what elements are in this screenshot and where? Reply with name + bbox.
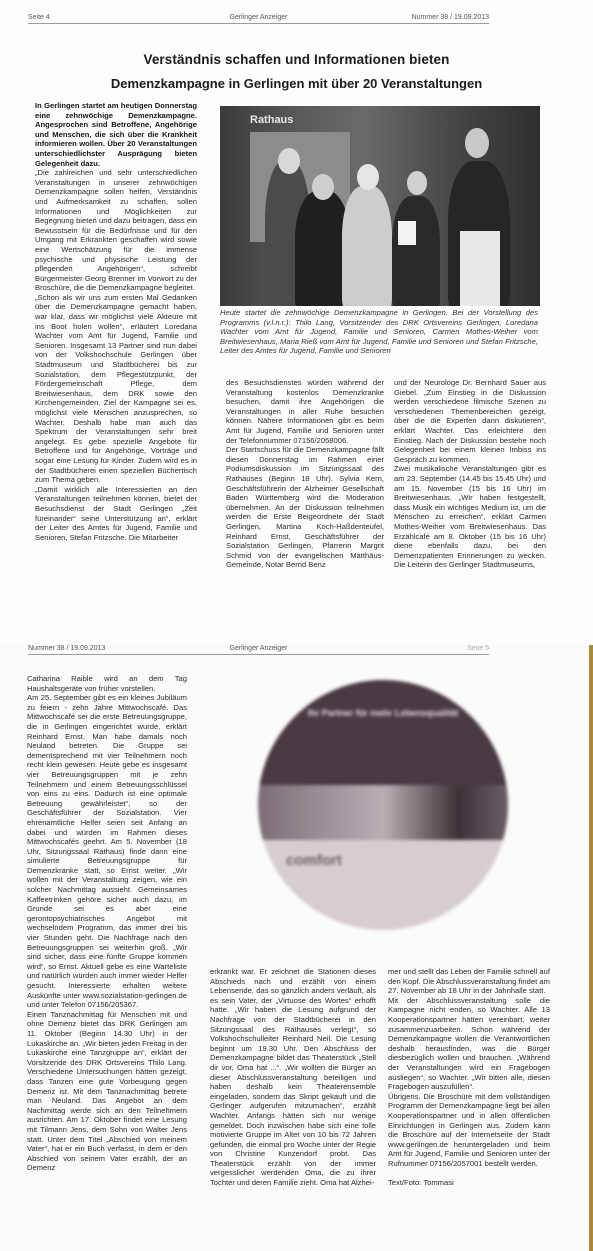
photo-person-head	[407, 171, 427, 195]
photo-person-head	[465, 128, 489, 158]
page-number: Seite 5	[467, 645, 489, 652]
newspaper-page-4: Seite 4 Gerlinger Anzeiger Nummer 38 / 1…	[0, 0, 593, 645]
photo-caption: Heute startet die zehnwöchige Demenzkamp…	[220, 308, 538, 356]
article-column-3: und der Neurologe Dr. Bernhard Sauer aus…	[394, 378, 546, 570]
paragraph: erkrankt war. Er zeichnet die Stationen …	[210, 967, 376, 1188]
paragraph: „Die zahlreichen und sehr unterschiedlic…	[35, 168, 197, 293]
article-subheadline: Demenzkampagne in Gerlingen mit über 20 …	[0, 76, 593, 91]
advertisement-circle: Ihr Partner für mehr Lebensqualität comf…	[258, 680, 508, 930]
paragraph: Am 25. September gibt es ein kleines Jub…	[27, 693, 187, 1010]
issue-date: Nummer 38 / 19.09.2013	[412, 14, 489, 21]
photo-sign-rathaus: Rathaus	[250, 114, 293, 126]
publication-name: Gerlinger Anzeiger	[230, 14, 288, 21]
photo-person	[392, 196, 440, 306]
article-column-3: mer und stellt das Leben der Familie sch…	[388, 967, 550, 1188]
article-lead: In Gerlingen startet am heutigen Donners…	[35, 101, 197, 168]
paragraph: Zwei musikalische Veranstaltungen gibt e…	[394, 464, 546, 570]
article-photo: Rathaus	[220, 106, 540, 306]
photo-document	[398, 221, 416, 245]
paragraph: mer und stellt das Leben der Familie sch…	[388, 967, 550, 996]
paragraph: „Damit wirklich alle Interessierten an d…	[35, 485, 197, 543]
paragraph: Einen Tanznachmittag für Menschen mit un…	[27, 1010, 187, 1173]
photo-person-head	[278, 148, 300, 174]
ad-image-band	[258, 785, 508, 840]
paragraph: des Besuchsdienstes würden während der V…	[226, 378, 384, 445]
photo-person-head	[312, 174, 334, 200]
article-column-1: Catharina Raible wird an dem Tag Haushal…	[27, 674, 187, 1173]
newspaper-page-5: Nummer 38 / 19.09.2013 Gerlinger Anzeige…	[0, 645, 593, 1251]
page-edge-border	[589, 645, 593, 1251]
article-credit: Text/Foto: Tommasi	[388, 1178, 550, 1188]
running-header: Nummer 38 / 19.09.2013 Gerlinger Anzeige…	[28, 645, 489, 655]
photo-trousers	[460, 231, 500, 306]
article-headline: Verständnis schaffen und Informationen b…	[0, 52, 593, 67]
paragraph: Übrigens. Die Broschüre mit dem vollstän…	[388, 1092, 550, 1169]
ad-headline: Ihr Partner für mehr Lebensqualität	[258, 680, 508, 785]
running-header: Seite 4 Gerlinger Anzeiger Nummer 38 / 1…	[28, 14, 489, 24]
article-column-2: des Besuchsdienstes würden während der V…	[226, 378, 384, 570]
publication-name: Gerlinger Anzeiger	[230, 645, 288, 652]
article-column-1: In Gerlingen startet am heutigen Donners…	[35, 101, 197, 542]
photo-person	[342, 186, 392, 306]
issue-date: Nummer 38 / 19.09.2013	[28, 645, 105, 652]
paragraph: Mit der Abschlussveranstaltung solle die…	[388, 996, 550, 1092]
ad-footer: comfort	[258, 840, 508, 930]
page-number: Seite 4	[28, 14, 50, 21]
article-column-2: erkrankt war. Er zeichnet die Stationen …	[210, 967, 376, 1188]
paragraph: und der Neurologe Dr. Bernhard Sauer aus…	[394, 378, 546, 464]
paragraph: Catharina Raible wird an dem Tag Haushal…	[27, 674, 187, 693]
paragraph: „Schon als wir uns zum ersten Mal Gedank…	[35, 293, 197, 485]
ad-brand-logo: comfort	[286, 852, 342, 869]
paragraph: Der Startschuss für die Demenzkampagne f…	[226, 445, 384, 570]
photo-person-head	[357, 164, 379, 190]
